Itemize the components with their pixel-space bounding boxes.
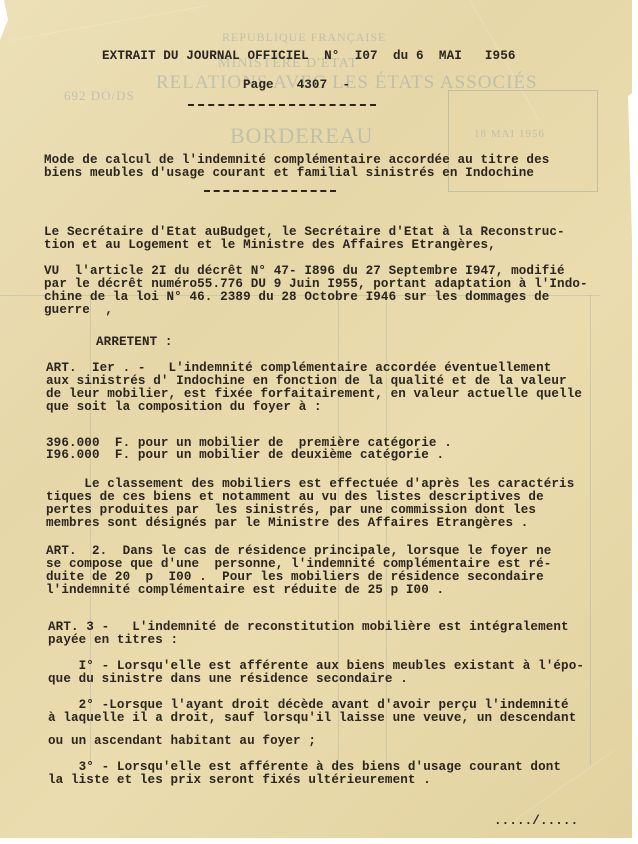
- art3-item-2: ou un ascendant habitant au foyer ;: [48, 735, 316, 748]
- vu-line: chine de la loi N° 46. 2389 du 28 Octobr…: [44, 291, 549, 304]
- art3-item-1: que du sinistre dans une résidence secon…: [48, 673, 408, 686]
- continuation-mark: ...../.....: [494, 815, 578, 828]
- divider: [204, 190, 336, 192]
- document-page: REPUBLIQUE FRANÇAISE MINISTÈRE D'ÉTAT RE…: [0, 0, 632, 838]
- art3-item-3: la liste et les prix seront fixés ultéri…: [48, 774, 431, 787]
- divider: [188, 104, 376, 106]
- ghost-table-line: [590, 295, 591, 765]
- ghost-republique: REPUBLIQUE FRANÇAISE: [222, 30, 386, 45]
- page-number: Page 4307 -: [243, 79, 350, 92]
- art2-line: l'indemnité complémentaire est réduite d…: [46, 584, 444, 597]
- art3-item-2: à laquelle il a droit, sauf lorsqu'il la…: [48, 712, 576, 725]
- journal-header: EXTRAIT DU JOURNAL OFFICIEL N° I07 du 6 …: [102, 50, 516, 63]
- amount-second-category: I96.000 F. pour un mobilier de deuxième …: [46, 449, 444, 462]
- title-line: biens meubles d'usage courant et familia…: [44, 167, 534, 180]
- ghost-bordereau: BORDEREAU: [230, 123, 373, 149]
- art3-line: payée en titres :: [48, 634, 178, 647]
- arretent-heading: ARRETENT :: [96, 336, 173, 349]
- ghost-ref: 692 DO/DS: [64, 88, 135, 104]
- vu-line: guerre ,: [44, 304, 113, 317]
- paper-crease: [10, 5, 207, 41]
- art1-paragraph: membres sont désignés par le Ministre de…: [46, 517, 528, 530]
- art1-line: que soit la composition du foyer à :: [46, 401, 322, 414]
- ghost-stamp-date: 18 MAI 1956: [474, 128, 545, 140]
- preamble-line: tion et au Logement et le Ministre des A…: [44, 239, 496, 252]
